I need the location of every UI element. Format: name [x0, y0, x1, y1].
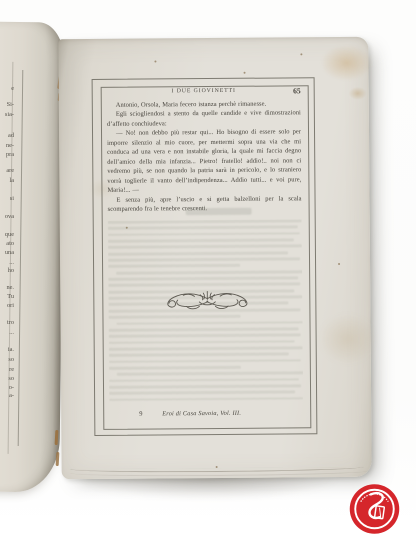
- paper-speck: [154, 60, 156, 62]
- verso-text-fragment: ori: [7, 302, 14, 309]
- book-photo: eSi-sia-adne-praarelasiovaqueatouna...ho…: [0, 0, 416, 555]
- show-through-line: [109, 366, 241, 370]
- stamp-disc: [350, 484, 400, 534]
- foxing-stain: [349, 87, 367, 100]
- page-footer: 9 Eroi di Casa Savoia, Vol. III.: [109, 409, 303, 421]
- verso-text-fragment: so: [8, 375, 14, 382]
- tailpiece-ornament-icon: [159, 288, 255, 315]
- show-through-line: [108, 219, 302, 223]
- show-through-line: [116, 270, 303, 274]
- bookseller-stamp: [347, 481, 402, 537]
- show-through-heading: [186, 208, 252, 215]
- show-through-line: [109, 340, 295, 344]
- verso-text-fragments: eSi-sia-adne-praarelasiovaqueatouna...ho…: [0, 0, 15, 430]
- show-through-line: [109, 384, 301, 388]
- paper-speck: [300, 53, 302, 55]
- verso-text-fragment: ova: [5, 213, 14, 220]
- verso-text-fragment: ho: [8, 267, 14, 274]
- verso-text-fragment: una: [5, 249, 14, 256]
- show-through-line: [117, 372, 304, 376]
- verso-text-fragment: a-: [9, 392, 14, 399]
- show-through-line: [108, 245, 302, 249]
- verso-text-fragment: que: [5, 231, 14, 238]
- verso-text-fragment: e: [11, 85, 14, 92]
- show-through-line: [109, 397, 303, 401]
- show-through-line: [109, 346, 303, 350]
- show-through-line: [109, 353, 289, 357]
- show-through-line: [109, 334, 301, 338]
- show-through-line: [108, 226, 298, 230]
- verso-text-fragment: pra: [6, 151, 14, 158]
- verso-text-fragment: ...: [9, 329, 14, 336]
- show-through-line: [108, 251, 288, 255]
- verso-text-fragment: la: [9, 177, 14, 184]
- verso-text-fragment: ad: [8, 132, 14, 139]
- verso-text-fragment: ne-: [6, 142, 14, 149]
- running-head: I DUE GIOVINETTI 65: [107, 87, 301, 99]
- show-through-line: [108, 264, 240, 268]
- page-number: 65: [293, 86, 301, 95]
- verso-text-fragment: o-: [9, 384, 14, 391]
- verso-border-inner: [18, 70, 24, 446]
- verso-text-fragment: re: [9, 366, 14, 373]
- verso-text-fragment: ...: [9, 259, 14, 266]
- show-through-line: [108, 257, 300, 261]
- paper-speck: [338, 263, 340, 265]
- show-through-line: [108, 276, 298, 280]
- show-through-line: [108, 232, 300, 236]
- verso-text-fragment: so: [8, 356, 14, 363]
- show-through-line: [108, 238, 294, 242]
- foxing-stain: [318, 313, 376, 365]
- show-through-line: [108, 283, 300, 287]
- signature-mark: 9: [139, 411, 142, 418]
- show-through-line: [109, 391, 295, 395]
- verso-text-fragment: are: [6, 167, 14, 174]
- verso-text-fragment: ia.: [8, 346, 14, 353]
- show-through-line: [108, 315, 240, 319]
- verso-text-fragment: ato: [6, 240, 14, 247]
- book-page-recto: I DUE GIOVINETTI 65 Antonio, Orsola, Mar…: [58, 37, 371, 479]
- show-through-line: [116, 321, 303, 325]
- verso-text-fragment: Tu: [7, 293, 14, 300]
- show-through-line: [109, 378, 299, 382]
- running-title: I DUE GIOVINETTI: [107, 87, 301, 95]
- verso-text-fragment: tro: [7, 319, 14, 326]
- verso-text-fragment: Si-: [7, 101, 14, 108]
- show-through-line: [109, 359, 301, 363]
- volume-imprint: Eroi di Casa Savoia, Vol. III.: [162, 410, 241, 418]
- verso-text-fragment: sia-: [5, 111, 14, 118]
- show-through-line: [109, 327, 299, 331]
- body-text: Antonio, Orsola, Maria fecero istanza pe…: [107, 99, 302, 214]
- verso-text-fragment: ne.: [6, 284, 14, 291]
- verso-text-fragment: si: [10, 195, 14, 202]
- paragraph-2: Egli sciogliendosi a stento da quelle ca…: [107, 109, 301, 129]
- paper-speck: [244, 72, 246, 74]
- paragraph-3: — No! non debbo più restar qui... Ho bis…: [107, 128, 302, 196]
